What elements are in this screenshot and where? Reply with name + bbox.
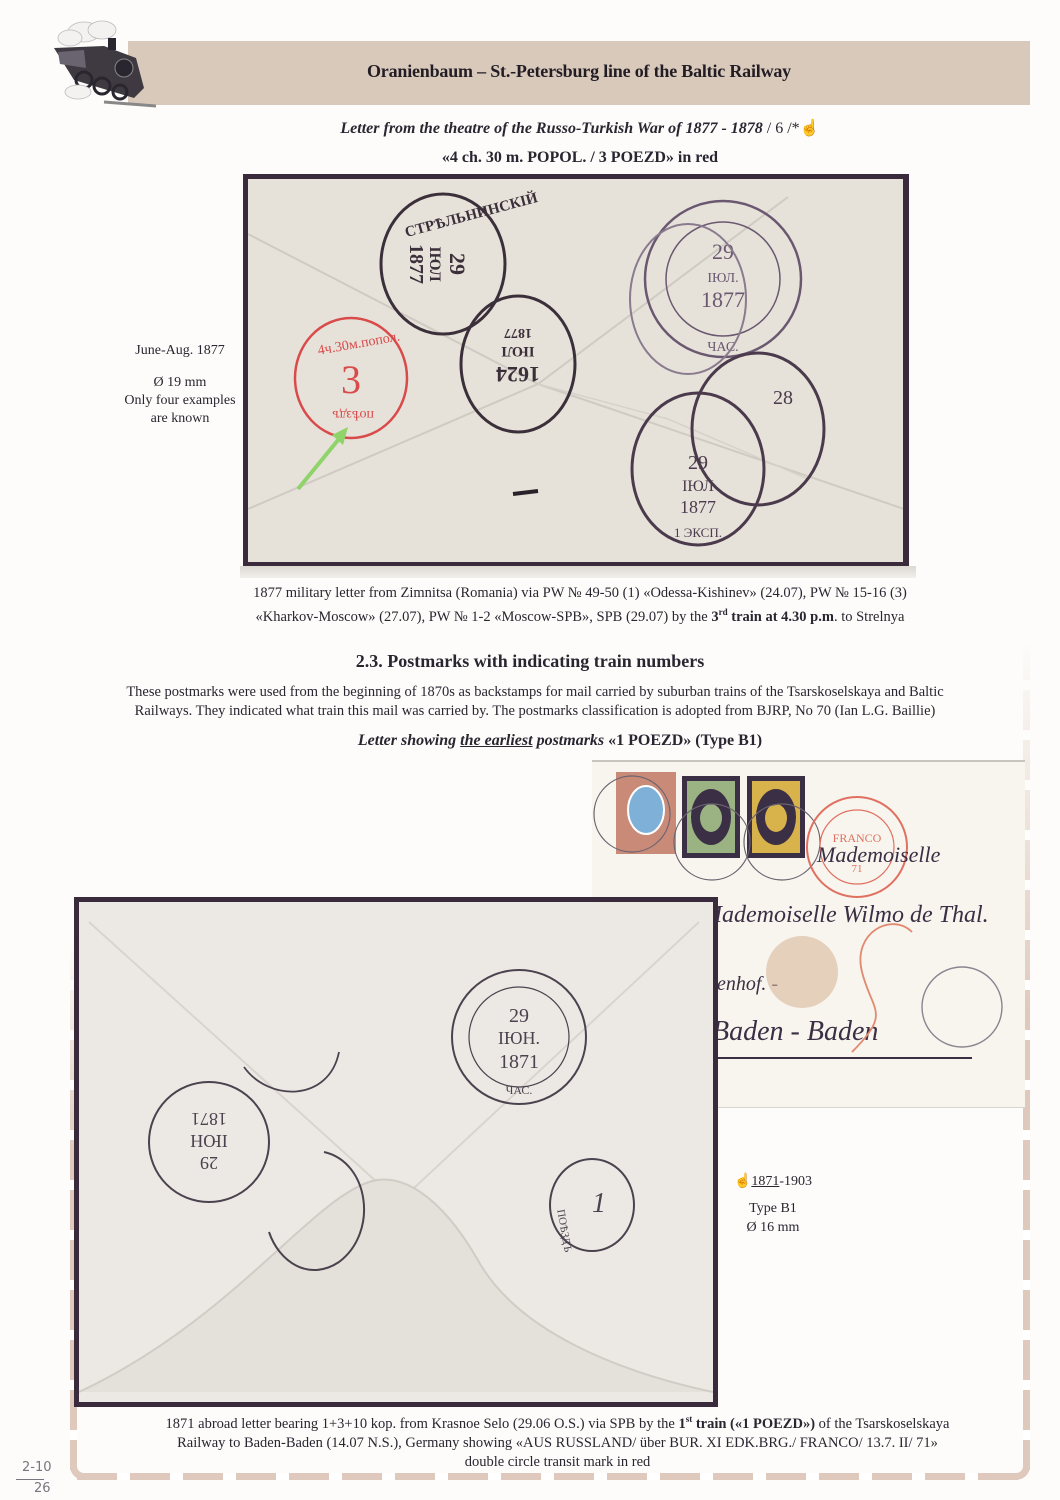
- stamp-1-kop: [747, 776, 805, 858]
- svg-text:Mademoiselle: Mademoiselle: [816, 842, 941, 867]
- stamp-10-kop: [616, 772, 676, 854]
- pointing-hand-icon: ☝: [734, 1174, 751, 1189]
- spb-1871-postmark: 29 ІЮН. 1871 ЧАС.: [452, 970, 586, 1104]
- pointing-hand-icon: ☝: [800, 120, 820, 137]
- spb-1877-postmark: 29 ІЮЛ. 1877 ЧАС.: [645, 201, 801, 357]
- stamp-3-kop: [682, 776, 740, 858]
- svg-text:ІЮЛ: ІЮЛ: [426, 246, 443, 281]
- svg-text:1 ЭКСП.: 1 ЭКСП.: [674, 525, 722, 540]
- exhibit1-caption: 1877 military letter from Zimnitsa (Roma…: [120, 584, 1040, 627]
- envelope-1871-back: 29 ІЮН. 1871 ЧАС. 29 ІЮН 1871 1 ПОѢЗДЪ: [74, 897, 718, 1407]
- svg-text:Baden - Baden: Baden - Baden: [712, 1016, 878, 1047]
- svg-text:ЧАС.: ЧАС.: [707, 340, 738, 355]
- krasnoe-selo-postmark: 29 ІЮН 1871: [149, 1082, 269, 1202]
- page-number-pencil-note: 2-10 26: [14, 1460, 64, 1500]
- svg-text:1877: 1877: [504, 325, 532, 340]
- svg-text:ІЮЛ: ІЮЛ: [501, 343, 534, 359]
- envelope-1877-mount: [240, 566, 916, 578]
- exhibit2-type-note: ☝1871-1903 Type B1 Ø 16 mm: [718, 1172, 828, 1237]
- exhibit1-subtitle: Letter from the theatre of the Russo-Tur…: [0, 118, 1060, 138]
- rail-frame-bottom: [77, 1473, 1023, 1480]
- section-title: 2.3. Postmarks with indicating train num…: [0, 651, 1060, 672]
- arrow-icon: [298, 427, 348, 489]
- envelope-1871-back-image: 29 ІЮН. 1871 ЧАС. 29 ІЮН 1871 1 ПОѢЗДЪ: [79, 902, 713, 1402]
- envelope-1877-back: 29 ІЮЛ 1877 СТРѢЛЬНИНСКІЙ 1624 ІЮЛ 1877 …: [243, 174, 909, 567]
- rarity-mark: / 6 /*: [763, 120, 800, 137]
- svg-text:Mademoiselle Wilmo de Thal.: Mademoiselle Wilmo de Thal.: [701, 902, 989, 928]
- exhibit1-postmark-label: «4 ch. 30 m. POPOL. / 3 POEZD» in red: [0, 149, 1060, 167]
- svg-text:29: 29: [445, 253, 470, 275]
- svg-text:1: 1: [592, 1188, 606, 1219]
- svg-text:ІЮН.: ІЮН.: [498, 1028, 540, 1048]
- svg-text:3: 3: [341, 357, 361, 402]
- svg-text:1877: 1877: [701, 287, 745, 312]
- red-3-poezd-postmark: 3 4ч.30м.попол. поѣздъ: [295, 318, 407, 438]
- svg-text:1871: 1871: [191, 1109, 227, 1129]
- exhibit1-side-note: June-Aug. 1877 Ø 19 mm Only four example…: [100, 342, 260, 428]
- spb-1-exp-postmark: 29 ІЮЛ 1877 1 ЭКСП.: [632, 393, 764, 545]
- svg-text:поѣздъ: поѣздъ: [332, 407, 374, 422]
- svg-text:1877: 1877: [680, 497, 716, 517]
- pw-49-50-postmark: 1624 ІЮЛ 1877: [461, 296, 575, 432]
- envelope-1877-image: 29 ІЮЛ 1877 СТРѢЛЬНИНСКІЙ 1624 ІЮЛ 1877 …: [248, 179, 904, 562]
- exhibit2-subtitle: Letter showing the earliest postmarks «1…: [0, 732, 1060, 750]
- svg-text:4ч.30м.попол.: 4ч.30м.попол.: [317, 329, 402, 358]
- locomotive-icon: [44, 18, 160, 108]
- svg-text:ІЮЛ: ІЮЛ: [682, 478, 714, 495]
- svg-text:28: 28: [773, 387, 793, 409]
- svg-text:29: 29: [200, 1153, 218, 1173]
- svg-text:1624: 1624: [496, 362, 540, 387]
- svg-text:1877: 1877: [405, 244, 427, 284]
- header-banner: Oranienbaum – St.-Petersburg line of the…: [128, 41, 1030, 105]
- svg-text:ІЮЛ.: ІЮЛ.: [707, 271, 738, 286]
- svg-text:1871: 1871: [499, 1051, 539, 1073]
- svg-text:29: 29: [712, 239, 734, 264]
- page-title: Oranienbaum – St.-Petersburg line of the…: [128, 61, 1030, 82]
- svg-text:29: 29: [688, 452, 708, 474]
- 1-poezd-postmark: 1 ПОѢЗДЪ: [550, 1159, 634, 1253]
- svg-text:ІЮН: ІЮН: [190, 1131, 228, 1151]
- exhibit2-caption: 1871 abroad letter bearing 1+3+10 kop. f…: [80, 1410, 1035, 1472]
- svg-text:29: 29: [509, 1005, 529, 1027]
- section-body: These postmarks were used from the begin…: [45, 683, 1025, 721]
- svg-text:ЧАС.: ЧАС.: [506, 1083, 533, 1097]
